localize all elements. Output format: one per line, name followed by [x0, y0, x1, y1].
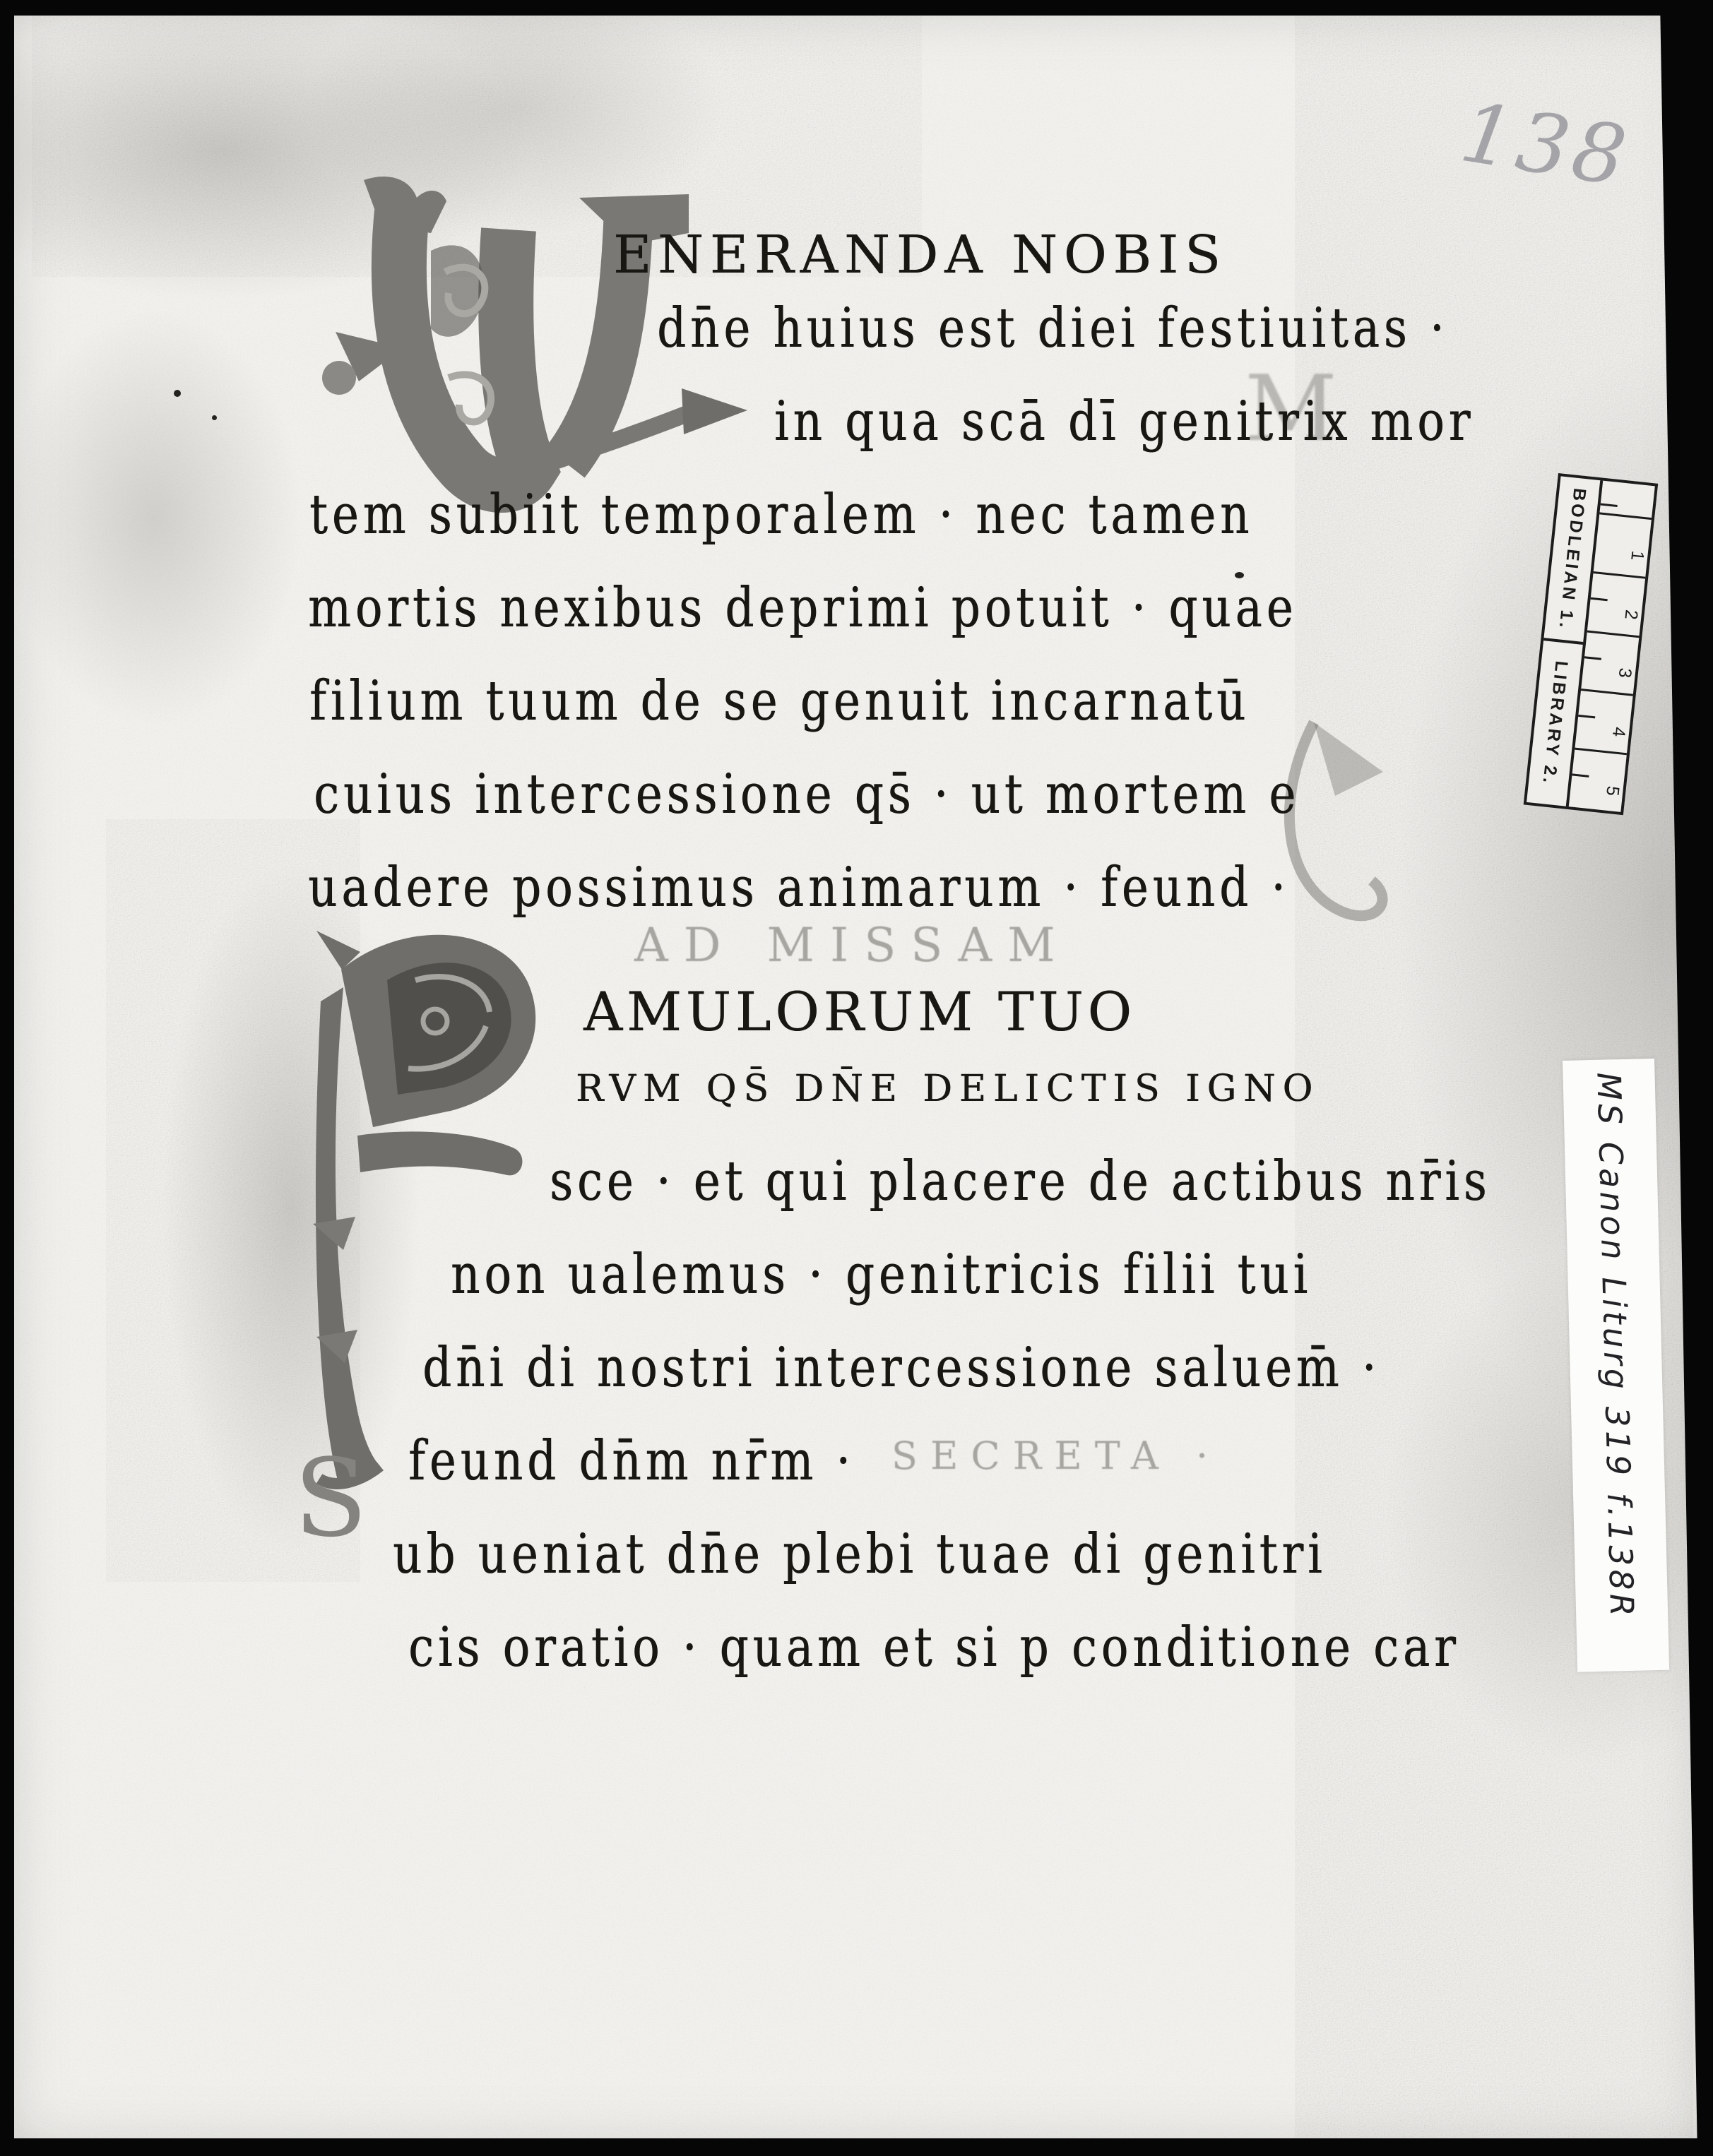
ink-speck — [174, 390, 181, 397]
ruler-number: 4 — [1608, 726, 1629, 738]
photo-frame-top — [0, 0, 1713, 16]
reference-ruler: BODLEIAN 1. LIBRARY 2. 1 2 3 4 5 — [1524, 473, 1659, 815]
pencil-folio-number: 138 — [1454, 85, 1637, 206]
photo-frame-left — [0, 0, 14, 2156]
show-through-flourish — [1252, 696, 1421, 992]
prayer2-line: ub ueniat dn̄e plebi tuae di genitri — [393, 1523, 1326, 1586]
prayer2-line: sce · et qui placere de actibus nr̄is — [550, 1150, 1491, 1213]
prayer2-line: dn̄i di nostri intercessione saluem̄ · — [422, 1336, 1380, 1400]
prayer1-line: tem subiit temporalem · nec tamen — [309, 483, 1253, 547]
ruler-segment: 1 — [1593, 514, 1651, 578]
faded-rubric-ad-missam: AD MISSAM — [634, 918, 1071, 972]
photo-frame-bottom — [0, 2138, 1713, 2156]
shelfmark-text: MS Canon Liturg 319 f.138R — [1589, 1072, 1641, 1621]
prayer2-line: non ualemus · genitricis filii tui — [451, 1243, 1312, 1306]
ruler-segment: 4 — [1575, 691, 1632, 755]
ruler-number: 1 — [1626, 549, 1647, 561]
ruler-number: 3 — [1614, 667, 1635, 679]
ruler-segment: 2 — [1587, 573, 1645, 638]
initial-S: S — [294, 1445, 367, 1552]
ink-speck — [212, 415, 217, 420]
prayer1-line: cuius intercessione qs̄ · ut mortem e — [314, 763, 1300, 826]
prayer2-line: feund dn̄m nr̄m · — [408, 1429, 855, 1493]
ruler-number: 5 — [1601, 785, 1623, 797]
faded-rubric-secreta: SECRETA · — [891, 1434, 1221, 1478]
prayer1-line: in qua scā dī genitrix mor — [774, 390, 1474, 453]
prayer1-heading: ENERANDA NOBIS — [613, 225, 1227, 285]
prayer2-heading: AMULORUM TUO — [583, 980, 1136, 1043]
prayer2-subheading: RVM QS̄ DN̄E DELICTIS IGNO — [576, 1068, 1320, 1110]
photo-frame-right — [1646, 0, 1713, 2156]
ruler-number: 2 — [1620, 608, 1642, 620]
ruler-segment: 5 — [1569, 750, 1627, 812]
illuminated-initial-F — [274, 903, 557, 1496]
ruler-segment: 3 — [1581, 632, 1639, 696]
prayer1-line: filium tuum de se genuit incarnatū — [309, 669, 1250, 733]
prayer1-line: mortis nexibus deprimi potuit · quae — [308, 576, 1297, 640]
manuscript-photo: 138 M ENERANDA NOBIS dn̄e huius est diei… — [0, 0, 1713, 2156]
prayer2-line: cis oratio · quam et si p conditione car — [408, 1616, 1460, 1679]
prayer1-line: dn̄e huius est diei festiuitas · — [657, 297, 1448, 360]
